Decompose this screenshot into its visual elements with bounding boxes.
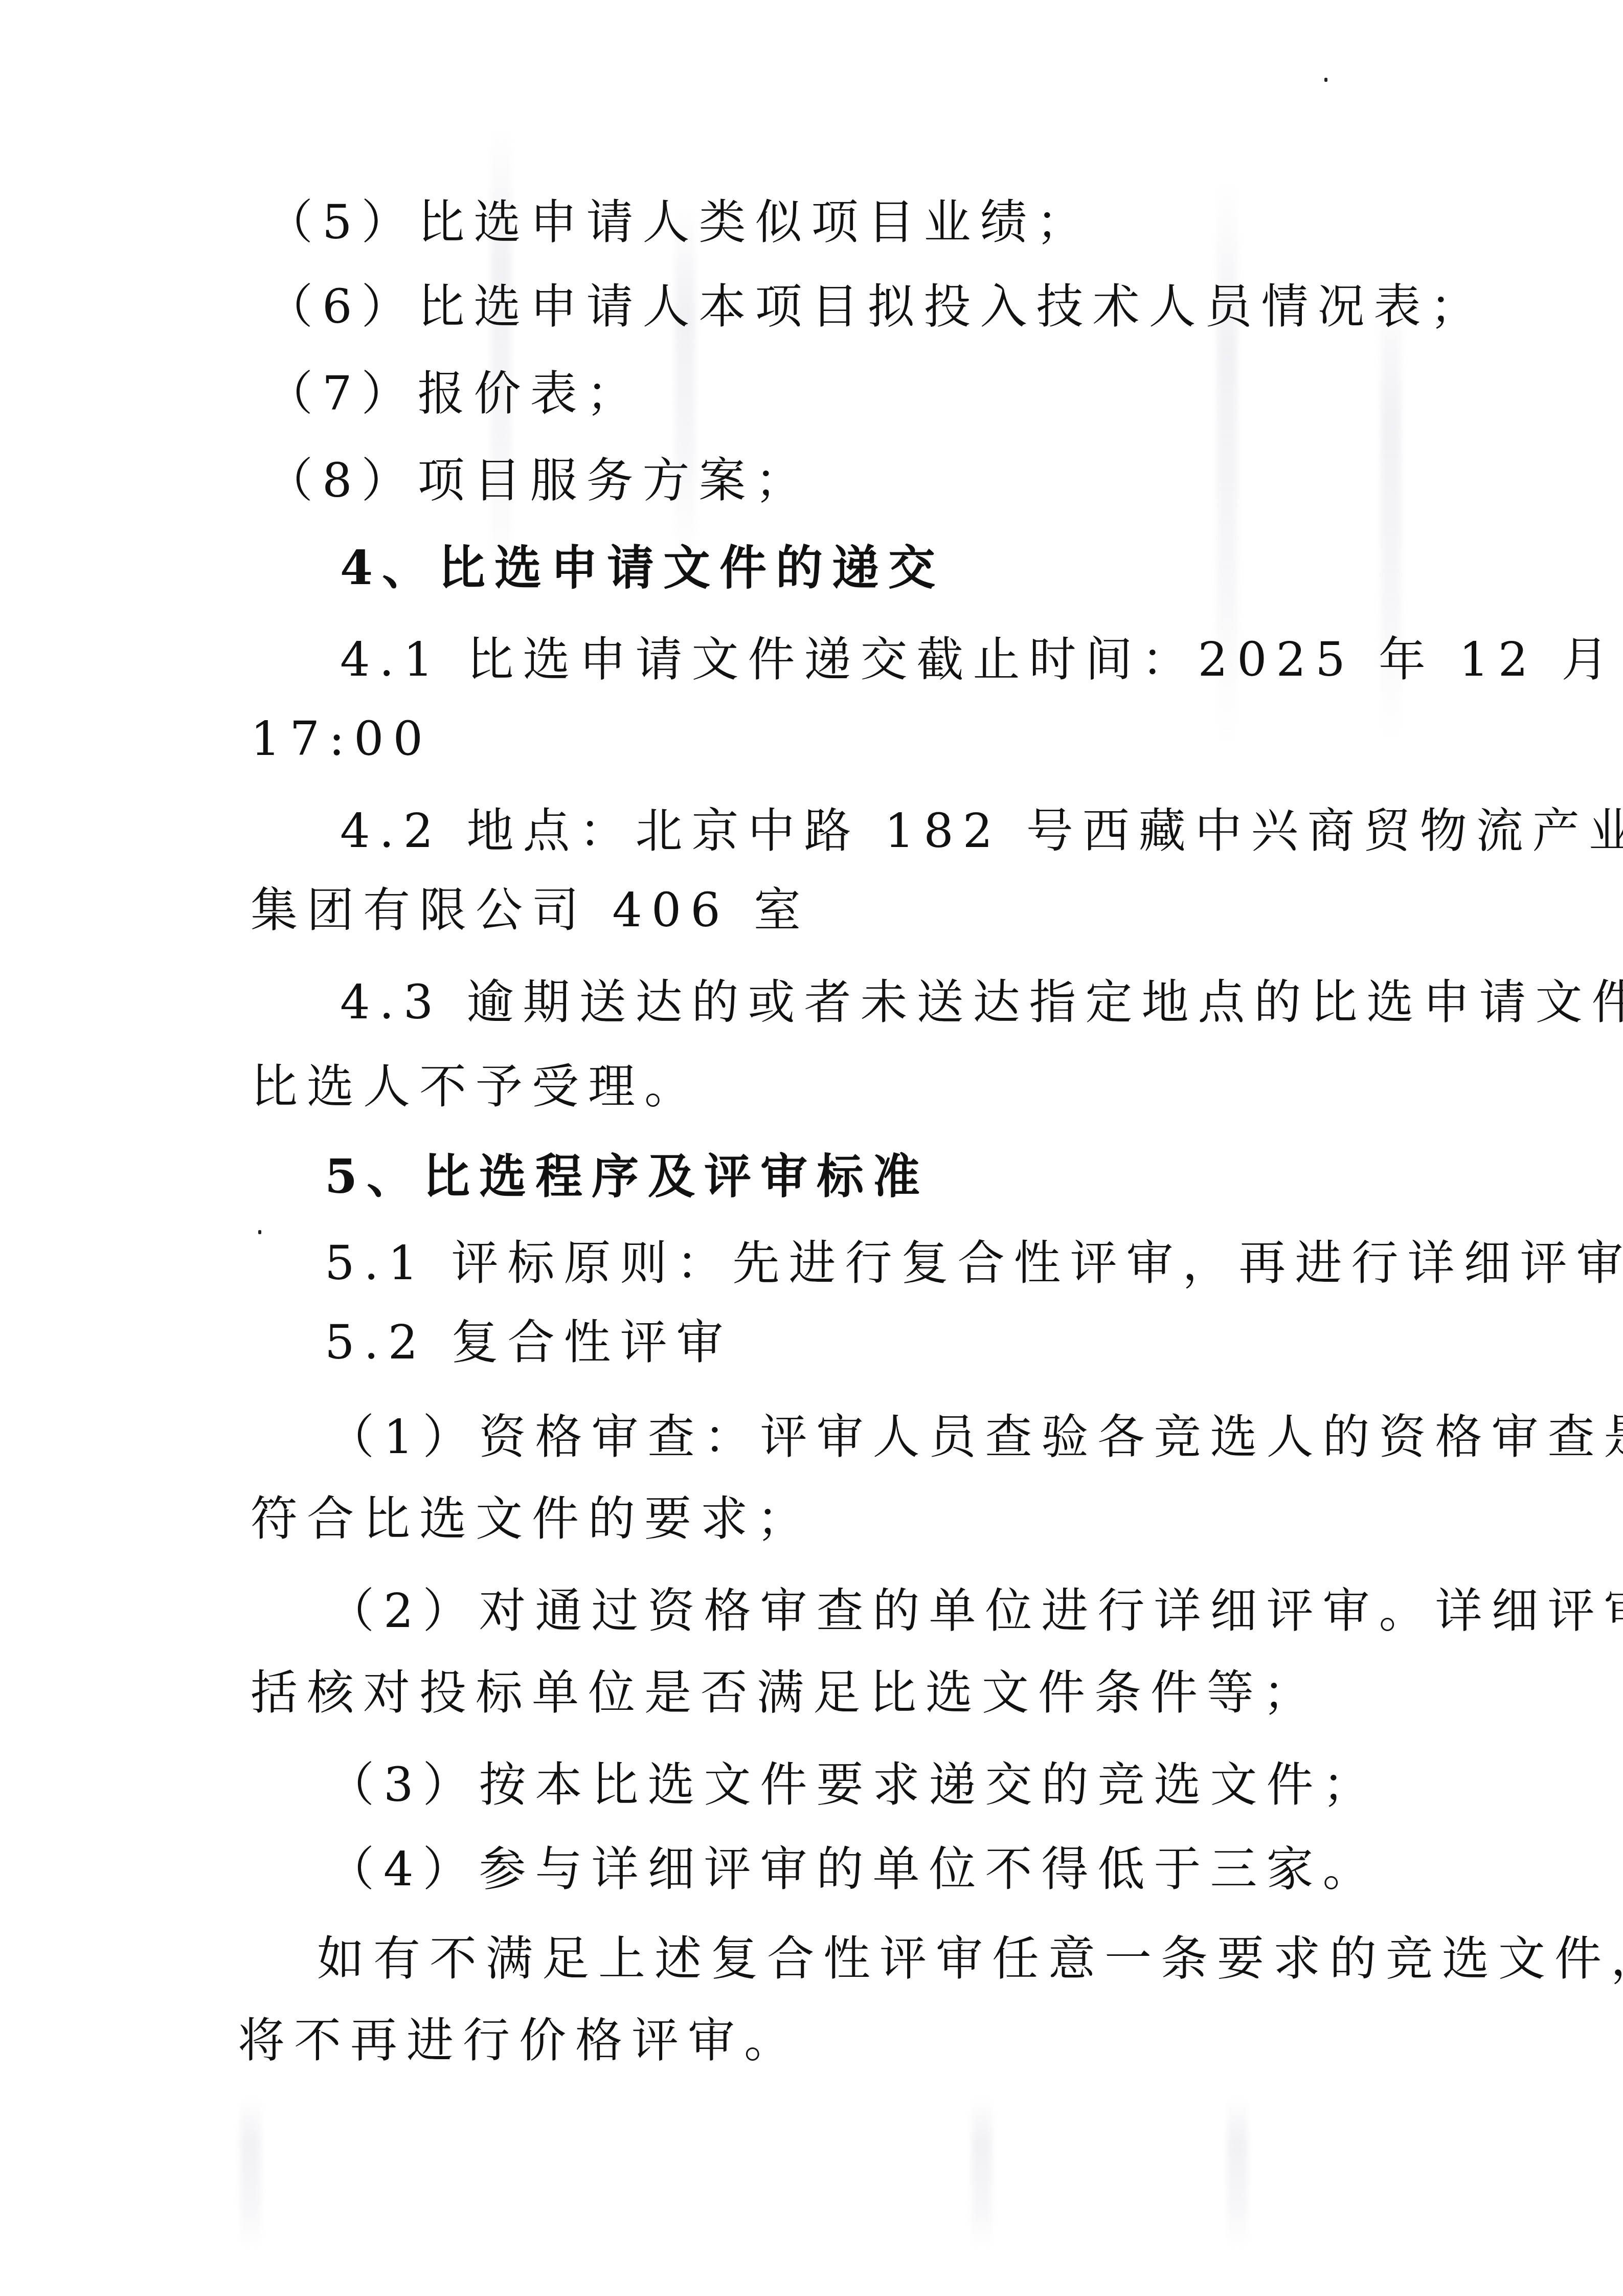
review-item-4: （4）参与详细评审的单位不得低于三家。 <box>327 1841 1379 1898</box>
section-heading-4: 4、比选申请文件的递交 <box>340 540 944 596</box>
scanned-document-page: （5）比选申请人类似项目业绩； （6）比选申请人本项目拟投入技术人员情况表； （… <box>0 0 1623 2296</box>
scan-streak <box>972 2097 992 2250</box>
scan-speck <box>1324 78 1327 82</box>
list-item-5: （5）比选申请人类似项目业绩； <box>266 194 1093 251</box>
review-item-1-line-1: （1）资格审查：评审人员查验各竞选人的资格审查是否 <box>327 1409 1623 1465</box>
clause-5-2: 5.2 复合性评审 <box>325 1314 733 1371</box>
scan-speck <box>258 1230 261 1234</box>
review-item-1-line-2: 符合比选文件的要求； <box>251 1491 813 1547</box>
clause-4-1-line-1: 4.1 比选申请文件递交截止时间：2025 年 12 月 11 日 <box>340 632 1623 688</box>
closing-line-1: 如有不满足上述复合性评审任意一条要求的竞选文件， <box>317 1931 1623 1987</box>
list-item-6: （6）比选申请人本项目拟投入技术人员情况表； <box>266 279 1486 335</box>
scan-streak <box>240 2097 261 2250</box>
clause-5-1: 5.1 评标原则：先进行复合性评审，再进行详细评审。 <box>325 1235 1623 1291</box>
section-heading-5: 5、比选程序及评审标准 <box>325 1148 929 1205</box>
review-item-2-line-2: 括核对投标单位是否满足比选文件条件等； <box>251 1665 1319 1721</box>
list-item-8: （8）项目服务方案； <box>266 453 811 509</box>
clause-4-1-line-2: 17:00 <box>251 711 432 767</box>
review-item-2-line-1: （2）对通过资格审查的单位进行详细评审。详细评审包 <box>327 1583 1623 1639</box>
scan-streak <box>675 205 695 563</box>
review-item-3: （3）按本比选文件要求递交的竞选文件； <box>327 1757 1379 1813</box>
scan-streak <box>1227 2097 1248 2250</box>
clause-4-3-line-2: 比选人不予受理。 <box>251 1059 701 1115</box>
list-item-7: （7）报价表； <box>266 366 643 422</box>
clause-4-2-line-1: 4.2 地点：北京中路 182 号西藏中兴商贸物流产业发展 <box>340 803 1623 859</box>
clause-4-3-line-1: 4.3 逾期送达的或者未送达指定地点的比选申请文件， <box>340 974 1623 1031</box>
clause-4-2-line-2: 集团有限公司 406 室 <box>251 882 810 939</box>
closing-line-2: 将不再进行价格评审。 <box>238 2013 800 2069</box>
